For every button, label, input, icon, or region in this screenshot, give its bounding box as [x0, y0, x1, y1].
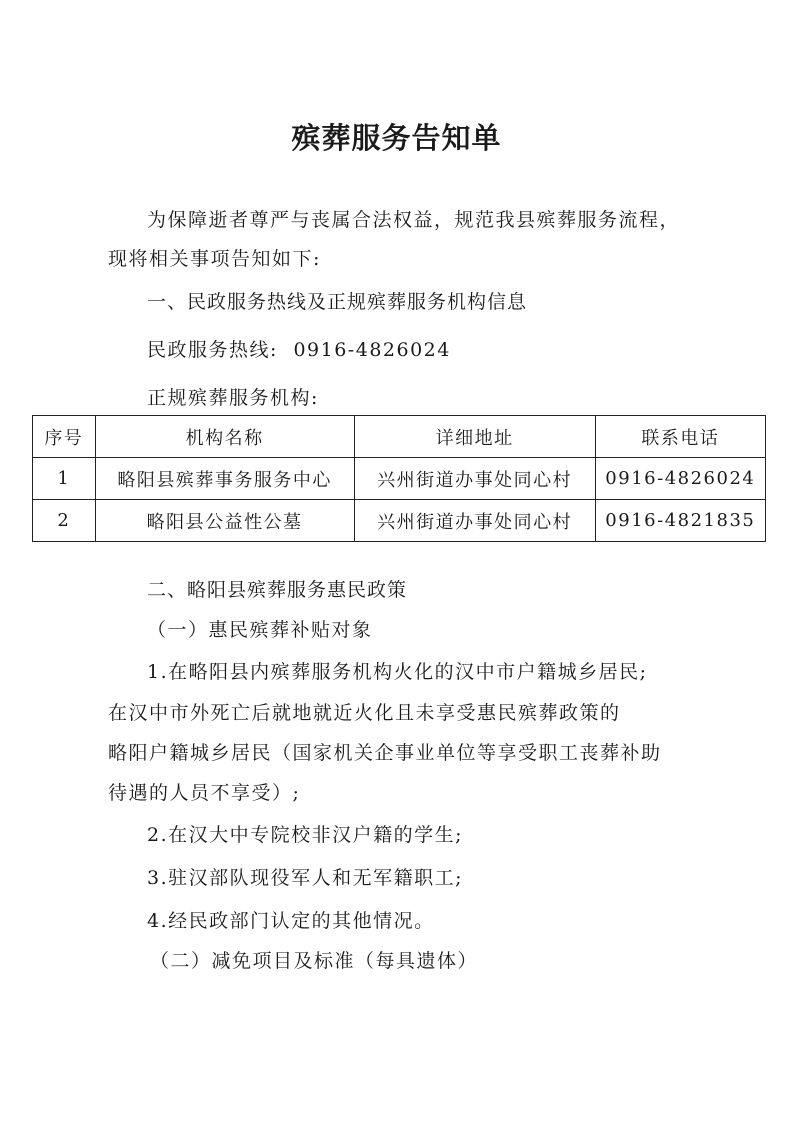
- item-3: 3.驻汉部队现役军人和无军籍职工;: [147, 863, 463, 890]
- hotline-number: 0916-4826024: [293, 339, 450, 361]
- orgs-label: 正规殡葬服务机构:: [147, 383, 319, 410]
- cell-org-name: 略阳县公益性公墓: [95, 500, 354, 542]
- item1-line-1: 1.在略阳县内殡葬服务机构火化的汉中市户籍城乡居民;: [147, 657, 648, 684]
- hotline-label: 民政服务热线:: [147, 339, 278, 361]
- cell-index: 2: [33, 500, 96, 542]
- cell-phone: 0916-4821835: [595, 500, 765, 542]
- cell-index: 1: [33, 458, 96, 500]
- document-title: 殡葬服务告知单: [0, 116, 793, 157]
- table-header-row: 序号 机构名称 详细地址 联系电话: [33, 416, 766, 458]
- org-table: 序号 机构名称 详细地址 联系电话 1 略阳县殡葬事务服务中心 兴州街道办事处同…: [32, 415, 766, 542]
- item-2: 2.在汉大中专院校非汉户籍的学生;: [147, 820, 463, 847]
- cell-org-name: 略阳县殡葬事务服务中心: [95, 458, 354, 500]
- intro-line-1: 为保障逝者尊严与丧属合法权益，规范我县殡葬服务流程，: [147, 205, 680, 232]
- item-4: 4.经民政部门认定的其他情况。: [147, 906, 435, 933]
- header-index: 序号: [33, 416, 96, 458]
- item1-line-2: 在汉中市外死亡后就地就近火化且未享受惠民殡葬政策的: [108, 698, 621, 725]
- header-org-name: 机构名称: [95, 416, 354, 458]
- intro-line-2: 现将相关事项告知如下:: [108, 244, 321, 271]
- hotline-row: 民政服务热线: 0916-4826024: [147, 335, 451, 362]
- section2-heading: 二、略阳县殡葬服务惠民政策: [147, 575, 407, 602]
- header-address: 详细地址: [354, 416, 595, 458]
- table-row: 1 略阳县殡葬事务服务中心 兴州街道办事处同心村 0916-4826024: [33, 458, 766, 500]
- cell-address: 兴州街道办事处同心村: [354, 500, 595, 542]
- cell-address: 兴州街道办事处同心村: [354, 458, 595, 500]
- item1-line-4: 待遇的人员不享受）;: [108, 778, 300, 805]
- cell-phone: 0916-4826024: [595, 458, 765, 500]
- header-phone: 联系电话: [595, 416, 765, 458]
- item1-line-3: 略阳户籍城乡居民（国家机关企事业单位等享受职工丧葬补助: [108, 738, 662, 765]
- table-row: 2 略阳县公益性公墓 兴州街道办事处同心村 0916-4821835: [33, 500, 766, 542]
- sub1-heading: （一）惠民殡葬补贴对象: [147, 615, 373, 642]
- section1-heading: 一、民政服务热线及正规殡葬服务机构信息: [147, 287, 527, 314]
- sub2-heading: （二）减免项目及标准（每具遗体）: [150, 946, 478, 973]
